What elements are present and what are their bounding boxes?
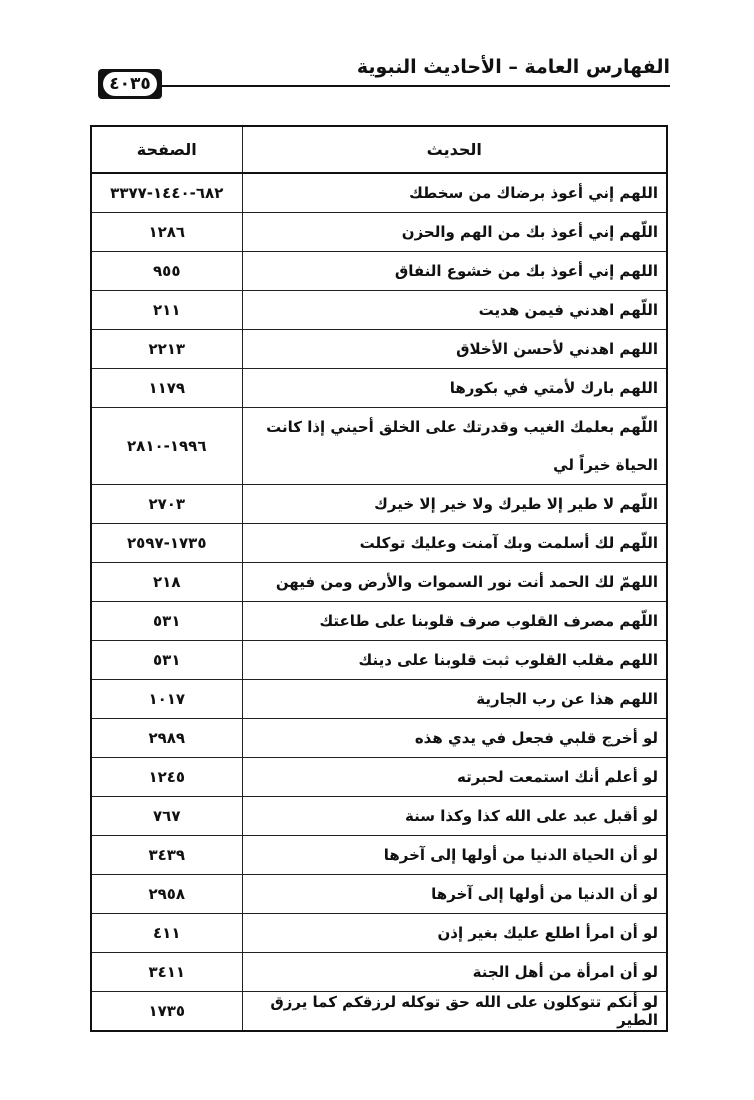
hadith-text: اللهم إني أعوذ برضاك من سخطك [242, 173, 667, 213]
hadith-index-table: الحديث الصفحة اللهم إني أعوذ برضاك من سخ… [90, 125, 668, 1032]
page-reference: ٢١٨ [91, 563, 242, 602]
table-row: اللّهم بعلمك الغيب وقدرتك على الخلق أحين… [91, 408, 667, 485]
hadith-text: اللهم اهدني لأحسن الأخلاق [242, 330, 667, 369]
hadith-text: لو أن الحياة الدنيا من أولها إلى آخرها [242, 836, 667, 875]
hadith-text: لو أن الدنيا من أولها إلى آخرها [242, 875, 667, 914]
page-reference: ٥٣١ [91, 641, 242, 680]
hadith-text: اللهم بارك لأمتي في بكورها [242, 369, 667, 408]
table-row: لو أن امرأ اطلع عليك بغير إذن٤١١ [91, 914, 667, 953]
column-header-hadith: الحديث [242, 126, 667, 173]
hadith-text: لو أعلم أنك استمعت لحبرته [242, 758, 667, 797]
table-row: لو أن الدنيا من أولها إلى آخرها٢٩٥٨ [91, 875, 667, 914]
page-title: الفهارس العامة – الأحاديث النبوية [357, 56, 670, 78]
page-reference: ٢١١ [91, 291, 242, 330]
table-row: اللهم هذا عن رب الجارية١٠١٧ [91, 680, 667, 719]
page-reference: ٦٨٢-١٤٤٠-٣٣٧٧ [91, 173, 242, 213]
table-row: اللّهم إني أعوذ بك من الهم والحزن١٢٨٦ [91, 213, 667, 252]
table-row: اللّهم مصرف القلوب صرف قلوبنا على طاعتك٥… [91, 602, 667, 641]
page-reference: ١٩٩٦-٢٨١٠ [91, 408, 242, 485]
page-reference: ٤١١ [91, 914, 242, 953]
page-number-badge: ٤٠٣٥ [98, 69, 162, 99]
page-reference: ٥٣١ [91, 602, 242, 641]
table-row: لو أن امرأة من أهل الجنة٣٤١١ [91, 953, 667, 992]
page-reference: ٢٢١٣ [91, 330, 242, 369]
hadith-text: اللّهم اهدني فيمن هديت [242, 291, 667, 330]
page-reference: ٢٩٨٩ [91, 719, 242, 758]
table-row: لو أنكم تتوكلون على الله حق توكله لرزقكم… [91, 992, 667, 1032]
column-header-page: الصفحة [91, 126, 242, 173]
page-reference: ١٢٨٦ [91, 213, 242, 252]
hadith-text: لو أنكم تتوكلون على الله حق توكله لرزقكم… [242, 992, 667, 1032]
page-reference: ١٧٣٥-٢٥٩٧ [91, 524, 242, 563]
page-reference: ٧٦٧ [91, 797, 242, 836]
hadith-text: اللّهم إني أعوذ بك من الهم والحزن [242, 213, 667, 252]
table-row: لو أقبل عبد على الله كذا وكذا سنة٧٦٧ [91, 797, 667, 836]
table-row: اللهم إني أعوذ بك من خشوع النفاق٩٥٥ [91, 252, 667, 291]
page-number: ٤٠٣٥ [103, 72, 157, 96]
table-row: اللّهم لك أسلمت وبك آمنت وعليك توكلت١٧٣٥… [91, 524, 667, 563]
hadith-text: لو أن امرأة من أهل الجنة [242, 953, 667, 992]
hadith-text: لو أن امرأ اطلع عليك بغير إذن [242, 914, 667, 953]
hadith-text: لو أخرج قلبي فجعل في يدي هذه [242, 719, 667, 758]
page-reference: ١٠١٧ [91, 680, 242, 719]
table-row: لو أعلم أنك استمعت لحبرته١٢٤٥ [91, 758, 667, 797]
page-header: ٤٠٣٥ الفهارس العامة – الأحاديث النبوية [98, 52, 670, 88]
hadith-text: اللهم هذا عن رب الجارية [242, 680, 667, 719]
table-row: اللّهم لا طير إلا طيرك ولا خير إلا خيرك٢… [91, 485, 667, 524]
page-reference: ٣٤١١ [91, 953, 242, 992]
hadith-text: اللهمّ لك الحمد أنت نور السموات والأرض و… [242, 563, 667, 602]
hadith-text: اللّهم لك أسلمت وبك آمنت وعليك توكلت [242, 524, 667, 563]
hadith-text: اللّهم لا طير إلا طيرك ولا خير إلا خيرك [242, 485, 667, 524]
page-reference: ٢٧٠٣ [91, 485, 242, 524]
page-reference: ٣٤٣٩ [91, 836, 242, 875]
table-row: اللّهم اهدني فيمن هديت٢١١ [91, 291, 667, 330]
header-divider [162, 85, 670, 87]
table-row: لو أخرج قلبي فجعل في يدي هذه٢٩٨٩ [91, 719, 667, 758]
table-row: لو أن الحياة الدنيا من أولها إلى آخرها٣٤… [91, 836, 667, 875]
table-header-row: الحديث الصفحة [91, 126, 667, 173]
page-reference: ١٧٣٥ [91, 992, 242, 1032]
hadith-text: اللّهم مصرف القلوب صرف قلوبنا على طاعتك [242, 602, 667, 641]
table-row: اللهم اهدني لأحسن الأخلاق٢٢١٣ [91, 330, 667, 369]
page-reference: ٩٥٥ [91, 252, 242, 291]
hadith-text: اللهم إني أعوذ بك من خشوع النفاق [242, 252, 667, 291]
hadith-text: لو أقبل عبد على الله كذا وكذا سنة [242, 797, 667, 836]
table-row: اللهمّ لك الحمد أنت نور السموات والأرض و… [91, 563, 667, 602]
page-reference: ١١٧٩ [91, 369, 242, 408]
hadith-text: اللهم مقلب القلوب ثبت قلوبنا على دينك [242, 641, 667, 680]
table-row: اللهم إني أعوذ برضاك من سخطك٦٨٢-١٤٤٠-٣٣٧… [91, 173, 667, 213]
hadith-text: اللّهم بعلمك الغيب وقدرتك على الخلق أحين… [242, 408, 667, 485]
table-row: اللهم بارك لأمتي في بكورها١١٧٩ [91, 369, 667, 408]
table-row: اللهم مقلب القلوب ثبت قلوبنا على دينك٥٣١ [91, 641, 667, 680]
page-reference: ٢٩٥٨ [91, 875, 242, 914]
page-reference: ١٢٤٥ [91, 758, 242, 797]
